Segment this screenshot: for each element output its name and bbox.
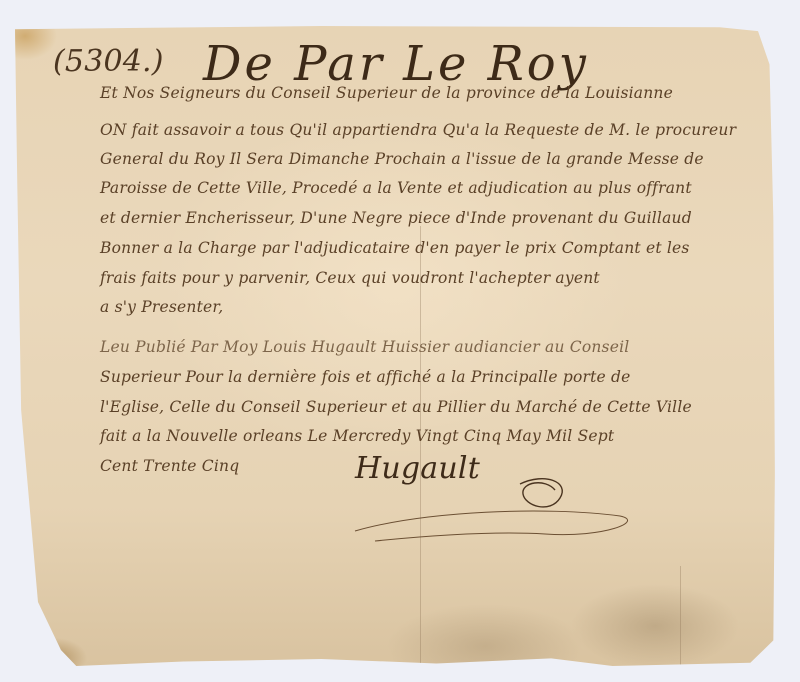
body-line: et dernier Encherisseur, D'une Negre pie… [100,209,692,227]
body-line: Paroisse de Cette Ville, Procedé a la Ve… [100,179,692,197]
reference-number: (5304.) [53,44,164,79]
paper-fold-crease [680,566,681,666]
body-line: Et Nos Seigneurs du Conseil Superieur de… [100,84,673,102]
body-line: General du Roy Il Sera Dimanche Prochain… [100,150,704,168]
publication-line: Superieur Pour la dernière fois et affic… [100,368,631,386]
signature-flourish-icon [345,476,645,546]
paper-fold-crease [420,226,421,666]
body-line: ON fait assavoir a tous Qu'il appartiend… [100,121,736,139]
publication-line: l'Eglise, Celle du Conseil Superieur et … [100,398,692,416]
publication-line: Cent Trente Cinq [100,457,239,475]
body-line: frais faits pour y parvenir, Ceux qui vo… [100,269,600,287]
publication-line: Leu Publié Par Moy Louis Hugault Huissie… [100,338,629,356]
publication-line: fait a la Nouvelle orleans Le Mercredy V… [100,427,614,445]
scanned-document: (5304.) De Par Le Roy Et Nos Seigneurs d… [0,0,800,682]
paper-sheet: (5304.) De Par Le Roy Et Nos Seigneurs d… [15,26,781,666]
body-line: Bonner a la Charge par l'adjudicataire d… [100,239,690,257]
body-line: a s'y Presenter, [100,298,223,316]
